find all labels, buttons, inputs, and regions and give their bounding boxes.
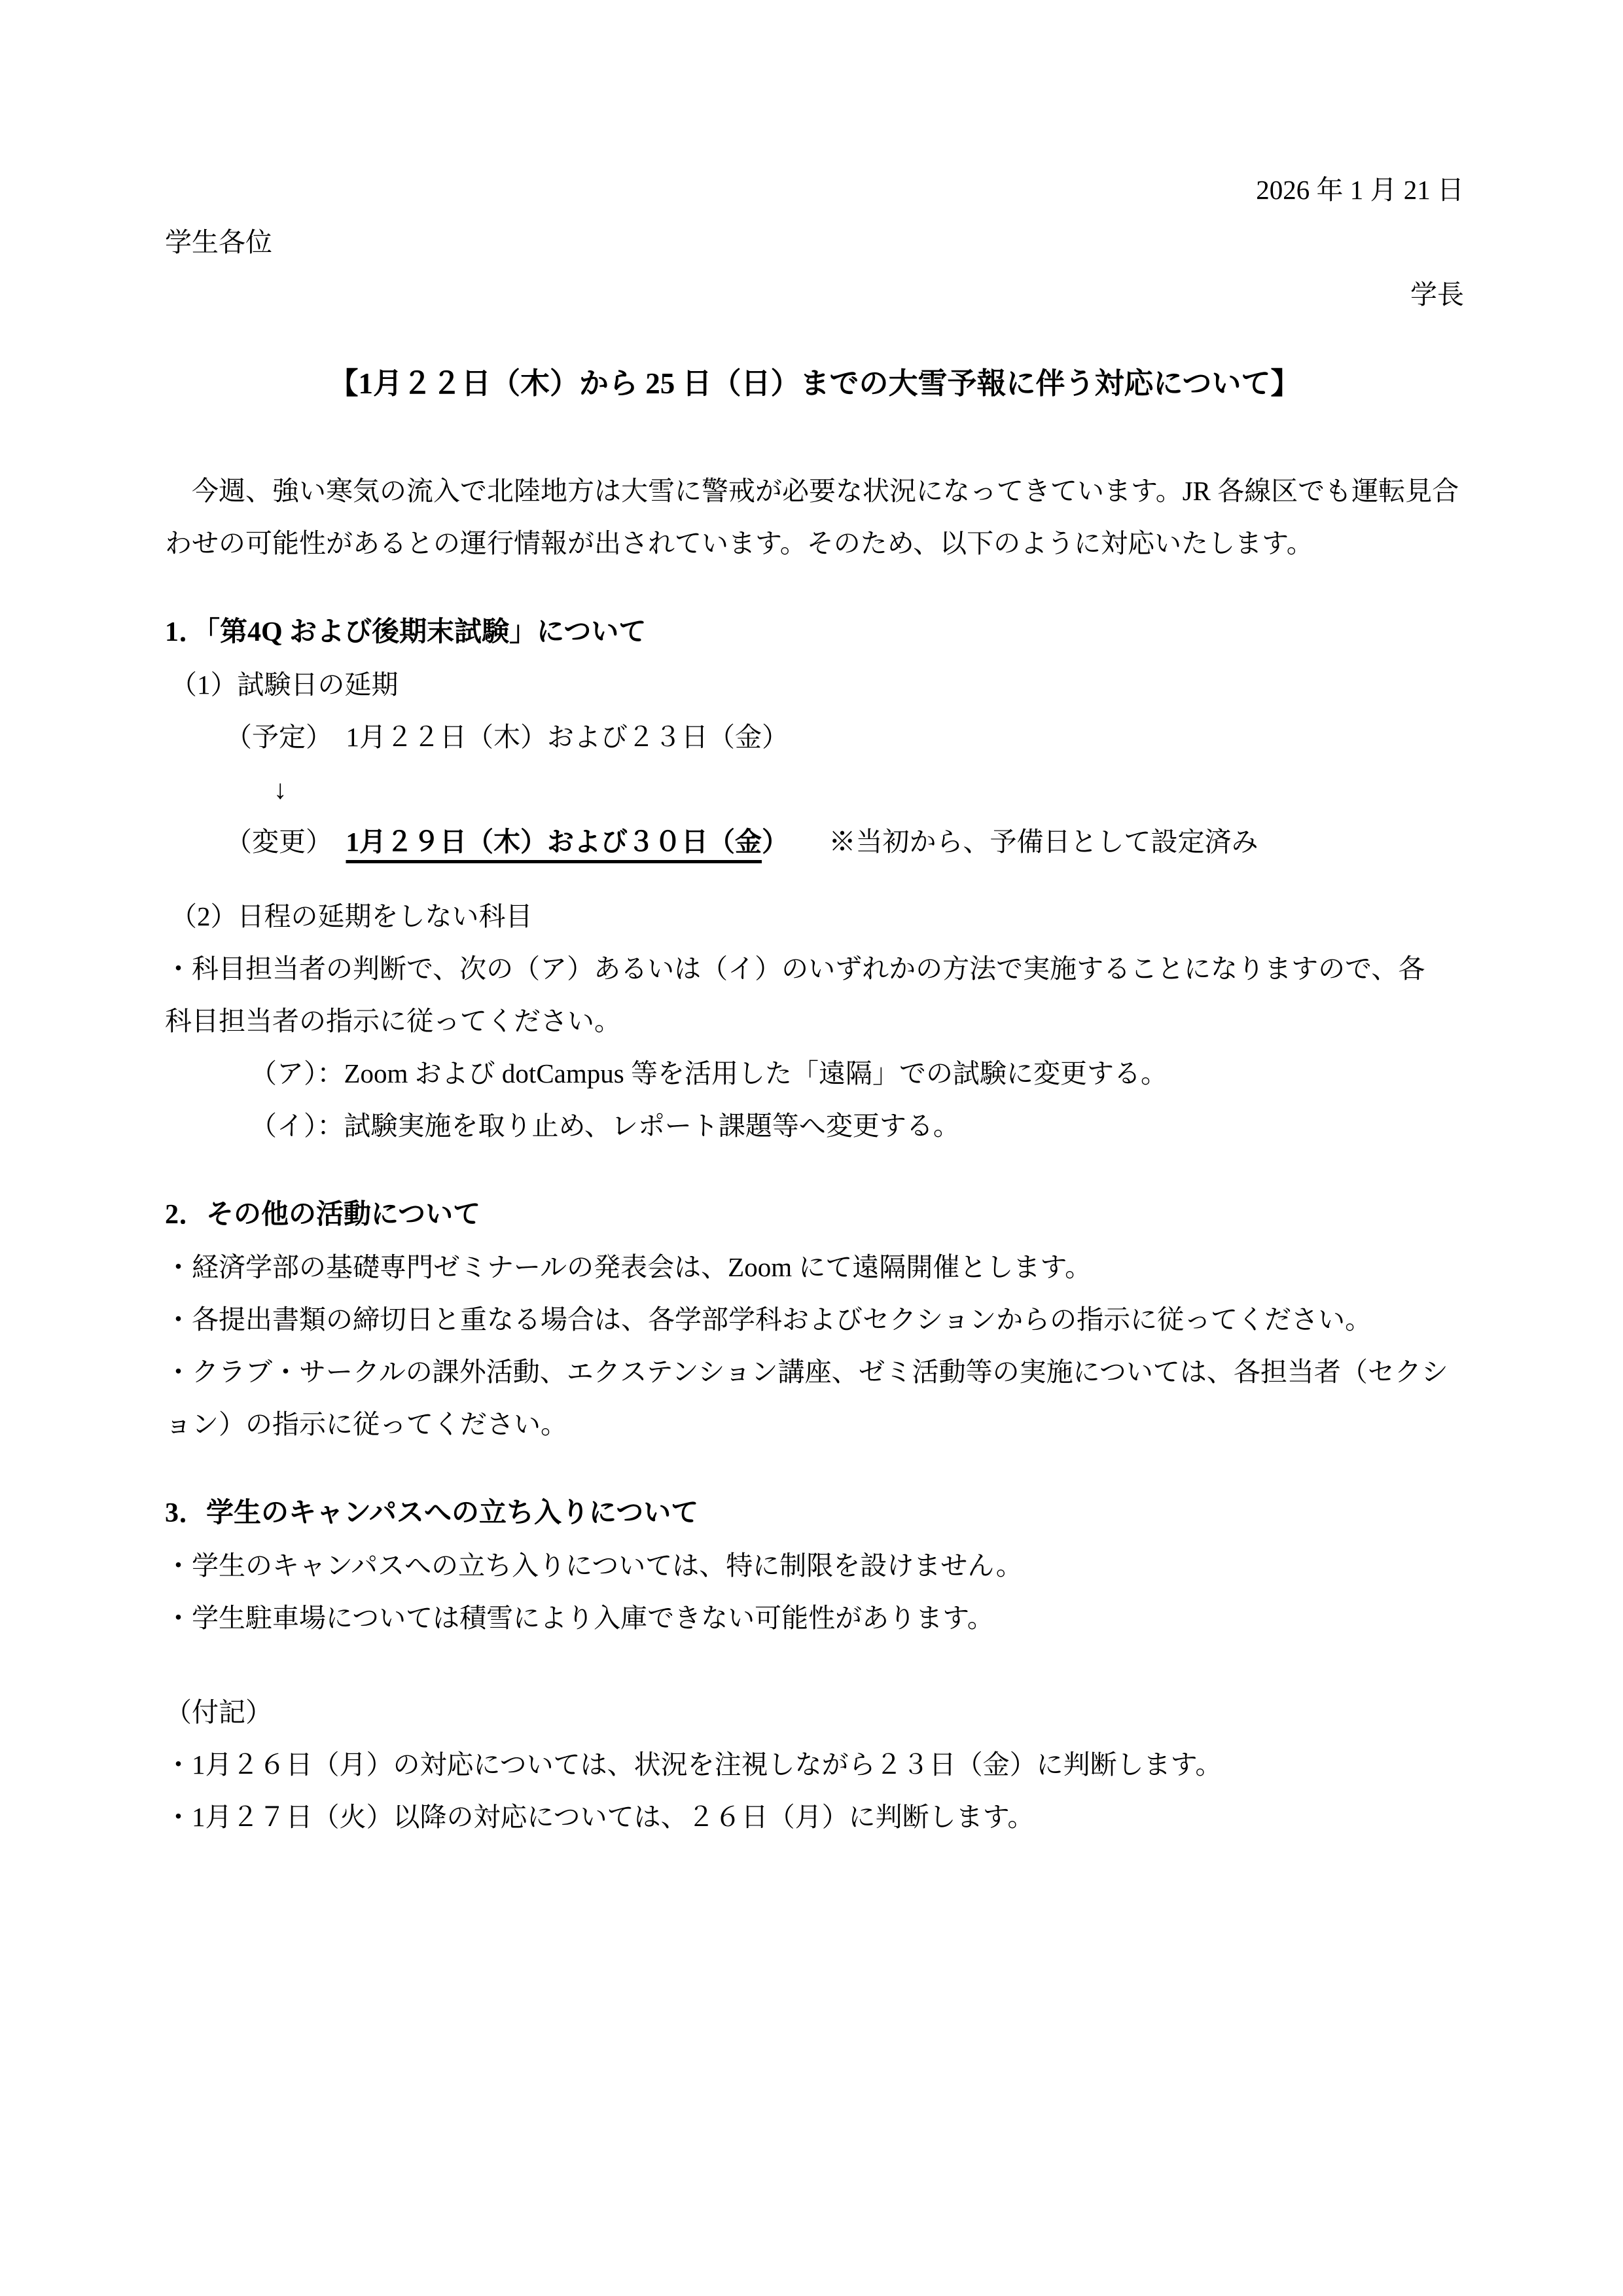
down-arrow: ↓ (165, 763, 1464, 816)
section1-heading: 1．「第4Q および後期末試験」について (165, 606, 1464, 658)
section1-item2-label: （2）日程の延期をしない科目 (165, 890, 1464, 942)
recipient: 学生各位 (165, 216, 1464, 268)
option-a: （ア）：Zoom および dotCampus 等を活用した「遠隔」での試験に変更… (165, 1047, 1464, 1100)
changed-note: ※当初から、予備日として設定済み (776, 827, 1258, 857)
section-campus-entry: 3．学生のキャンパスへの立ち入りについて ・学生のキャンパスへの立ち入りについて… (165, 1487, 1464, 1644)
appendix-bullet-jan27: ・1月２７日（火）以降の対応については、２６日（月）に判断します。 (165, 1791, 1464, 1843)
section1-item1-label: （1）試験日の延期 (165, 658, 1464, 711)
changed-dates-line: （変更） 1月２９日（木）および３０日（金） ※当初から、予備日として設定済み (165, 816, 1464, 868)
section2-bullet-deadlines: ・各提出書類の締切日と重なる場合は、各学部学科およびセクションからの指示に従って… (165, 1293, 1464, 1346)
document-title: 【1月２２日（木）から 25 日（日）までの大雪予報に伴う対応について】 (165, 357, 1464, 410)
intro-paragraph: 今週、強い寒気の流入で北陸地方は大雪に警戒が必要な状況になってきています。JR … (165, 465, 1464, 569)
section3-bullet-entry: ・学生のキャンパスへの立ち入りについては、特に制限を設けません。 (165, 1539, 1464, 1592)
document-page: 2026 年 1 月 21 日 学生各位 学長 【1月２２日（木）から 25 日… (0, 0, 1623, 2296)
option-b: （イ）：試験実施を取り止め、レポート課題等へ変更する。 (165, 1100, 1464, 1152)
section2-bullet-clubs: ・クラブ・サークルの課外活動、エクステンション講座、ゼミ活動等の実施については、… (165, 1346, 1464, 1450)
section-other-activities: 2．その他の活動について ・経済学部の基礎専門ゼミナールの発表会は、Zoom に… (165, 1189, 1464, 1450)
document-date: 2026 年 1 月 21 日 (165, 164, 1464, 216)
planned-dates-line: （予定） 1月２２日（木）および２３日（金） (165, 711, 1464, 763)
changed-closing-paren: ） (762, 827, 776, 857)
section3-heading: 3．学生のキャンパスへの立ち入りについて (165, 1487, 1464, 1539)
appendix-label: （付記） (165, 1686, 1464, 1738)
changed-label: （変更） (225, 827, 346, 857)
section-exams: 1．「第4Q および後期末試験」について （1）試験日の延期 （予定） 1月２２… (165, 606, 1464, 1152)
sender: 学長 (165, 268, 1464, 321)
appendix-bullet-jan26: ・1月２６日（月）の対応については、状況を注視しながら２３日（金）に判断します。 (165, 1738, 1464, 1791)
changed-dates: 1月２９日（木）および３０日（金 (346, 827, 762, 857)
appendix: （付記） ・1月２６日（月）の対応については、状況を注視しながら２３日（金）に判… (165, 1686, 1464, 1843)
section3-bullet-parking: ・学生駐車場については積雪により入庫できない可能性があります。 (165, 1592, 1464, 1644)
section2-heading: 2．その他の活動について (165, 1189, 1464, 1241)
section1-item2-text: ・科目担当者の判断で、次の（ア）あるいは（イ）のいずれかの方法で実施することにな… (165, 942, 1464, 1047)
section2-bullet-seminar: ・経済学部の基礎専門ゼミナールの発表会は、Zoom にて遠隔開催とします。 (165, 1241, 1464, 1293)
